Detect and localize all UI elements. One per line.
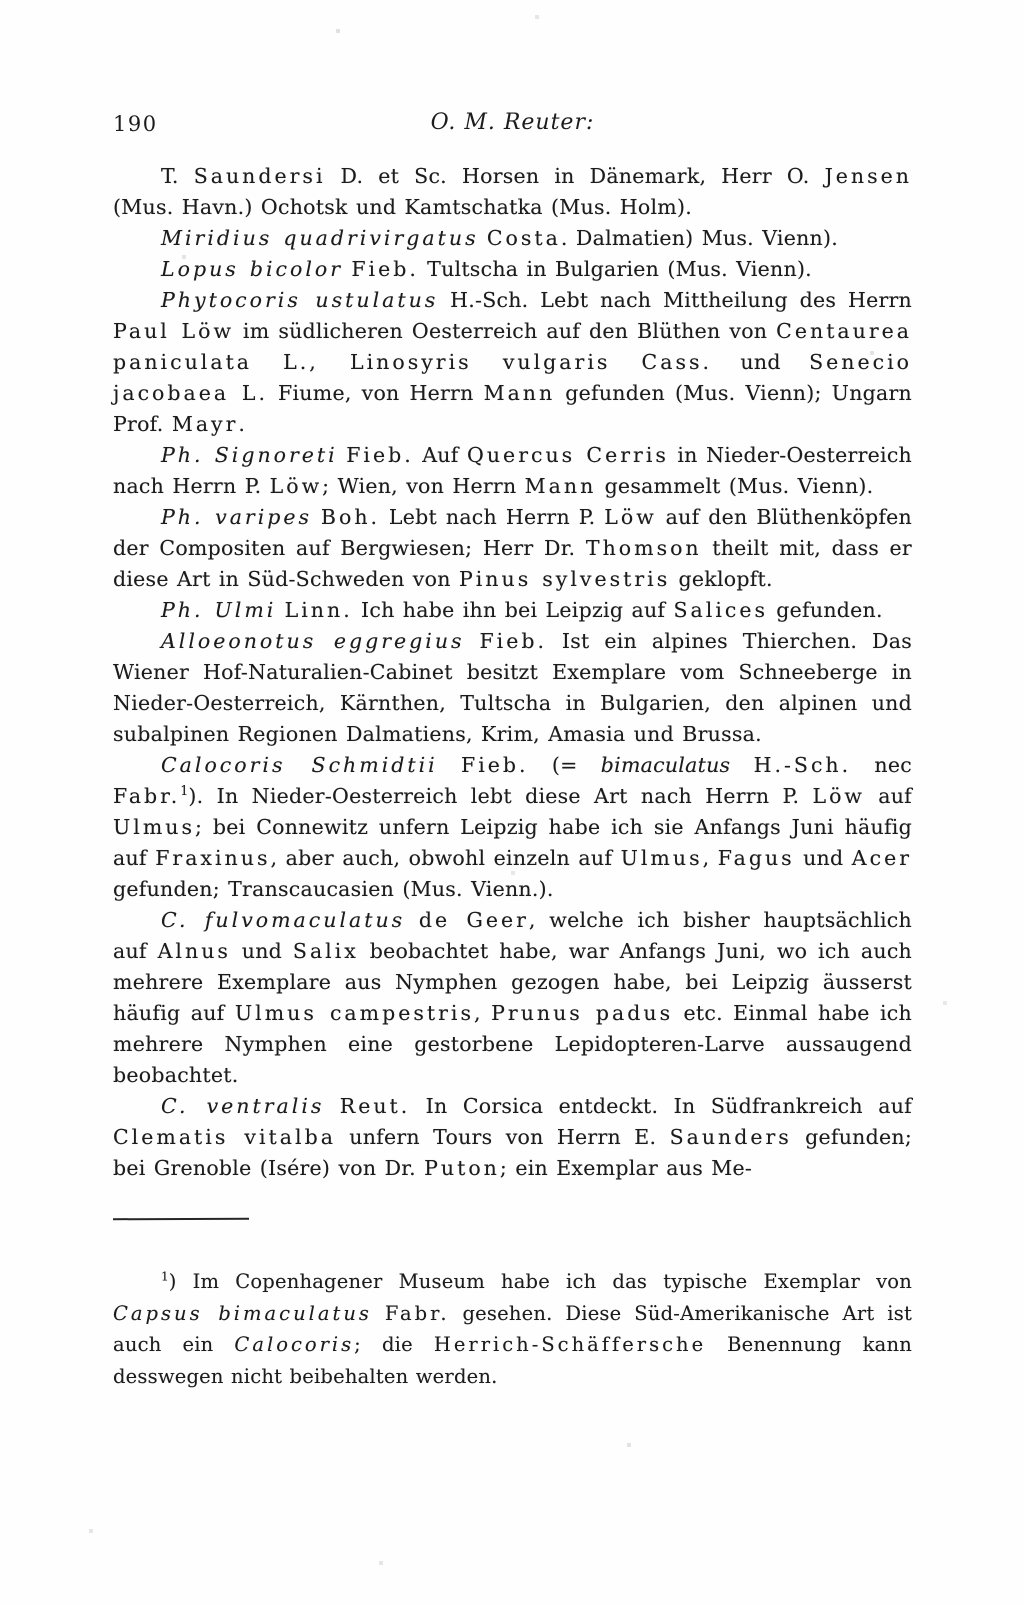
- footnote-paragraph: 1) Im Copenhagener Museum habe ich das t…: [113, 1266, 912, 1392]
- text-run: Clematis vitalba: [113, 1125, 336, 1149]
- text-run: Thomson: [586, 536, 702, 560]
- text-run: Capsus bimaculatus: [113, 1302, 372, 1325]
- text-run: Phytocoris ustulatus: [161, 288, 438, 312]
- text-run: Linn.: [285, 598, 353, 622]
- text-run: Calocoris Schmidtii: [161, 753, 438, 777]
- text-run: Jensen: [825, 164, 912, 188]
- text-run: Herrich-Schäffersche: [434, 1333, 706, 1356]
- text-run: ; die: [354, 1333, 434, 1356]
- text-run: Auf: [414, 443, 467, 467]
- text-run: [324, 1094, 339, 1118]
- text-run: . Dalmatien) Mus. Vienn).: [561, 226, 838, 250]
- body-paragraph: Ph. Ulmi Linn. Ich habe ihn bei Leipzig …: [113, 595, 912, 626]
- text-run: [276, 598, 284, 622]
- text-run: ,: [474, 1001, 491, 1025]
- text-run: Fabr.: [113, 784, 180, 808]
- text-run: Fieb.: [479, 629, 547, 653]
- text-run: C. fulvomaculatus: [161, 908, 405, 932]
- text-run: Acer: [852, 846, 912, 870]
- text-run: Fagus: [718, 846, 795, 870]
- text-run: Ph. varipes: [161, 505, 312, 529]
- text-run: Mann: [525, 474, 597, 498]
- text-run: Miridius quadrivirgatus: [161, 226, 479, 250]
- text-run: gesammelt (Mus. Vienn).: [596, 474, 873, 498]
- text-run: nec: [851, 753, 912, 777]
- text-run: Paul Löw: [113, 319, 234, 343]
- text-run: Ich habe ihn bei Leipzig auf: [353, 598, 674, 622]
- text-run: Calocoris: [234, 1333, 354, 1356]
- text-run: , aber auch, obwohl einzeln auf: [270, 846, 620, 870]
- text-run: auf: [865, 784, 912, 808]
- text-run: Prunus padus: [491, 1001, 673, 1025]
- text-run: Alloeonotus eggregius: [161, 629, 465, 653]
- body-paragraph: Alloeonotus eggregius Fieb. Ist ein alpi…: [113, 626, 912, 750]
- body-paragraph: C. fulvomaculatus de Geer, welche ich bi…: [113, 905, 912, 1091]
- text-run: Pinus sylvestris: [459, 567, 670, 591]
- text-run: Löw: [812, 784, 865, 808]
- text-run: [465, 629, 480, 653]
- text-run: im südlicheren Oesterreich auf den Blüth…: [234, 319, 776, 343]
- text-run: Ph. Signoreti: [161, 443, 338, 467]
- page-header: 190 O. M. Reuter:: [113, 110, 912, 138]
- body-paragraph: Calocoris Schmidtii Fieb. (= bimaculatus…: [113, 750, 912, 905]
- text-run: [338, 443, 346, 467]
- text-run: [438, 753, 461, 777]
- text-run: Fieb.: [346, 443, 414, 467]
- text-run: und: [795, 846, 852, 870]
- body-paragraph: Phytocoris ustulatus H.-Sch. Lebt nach M…: [113, 285, 912, 440]
- text-run: T.: [161, 164, 194, 188]
- text-run: Mayr: [172, 412, 239, 436]
- footnote: 1) Im Copenhagener Museum habe ich das t…: [113, 1266, 912, 1392]
- page-body: T. Saundersi D. et Sc. Horsen in Dänemar…: [113, 161, 912, 1184]
- text-run: Ulmus: [621, 846, 703, 870]
- text-run: ,: [703, 846, 718, 870]
- text-run: gefunden; Transcaucasien (Mus. Vienn.).: [113, 877, 554, 901]
- text-run: ; ein Exemplar aus Me-: [500, 1156, 752, 1180]
- text-run: unfern Tours von Herrn E.: [336, 1125, 670, 1149]
- text-run: Quercus Cerris: [467, 443, 669, 467]
- text-run: Reut.: [340, 1094, 411, 1118]
- text-run: Saundersi: [194, 164, 326, 188]
- text-run: Fieb.: [351, 257, 419, 281]
- text-run: [730, 753, 753, 777]
- text-run: Fiume, von Herrn: [268, 381, 484, 405]
- text-run: Ulmus: [113, 815, 195, 839]
- text-run: ; Wien, von Herrn: [322, 474, 525, 498]
- text-run: Ph. Ulmi: [161, 598, 276, 622]
- text-run: H.-Sch.: [754, 753, 852, 777]
- text-run: ) Im Copenhagener Museum habe ich das ty…: [169, 1270, 912, 1293]
- text-run: Löw: [604, 505, 657, 529]
- text-run: In Corsica entdeckt. In Südfrankreich au…: [410, 1094, 912, 1118]
- text-run: (Mus. Havn.) Ochotsk und Kamtschatka (Mu…: [113, 195, 692, 219]
- text-run: Salices: [674, 598, 769, 622]
- text-run: C. ventralis: [161, 1094, 324, 1118]
- text-run: Lopus bicolor: [161, 257, 343, 281]
- text-run: Lebt nach Herrn P.: [380, 505, 604, 529]
- text-run: H.-Sch. Lebt nach Mittheilung des Herrn: [438, 288, 912, 312]
- text-run: ). In Nieder-Oesterreich lebt diese Art …: [188, 784, 812, 808]
- body-paragraph: Lopus bicolor Fieb. Tultscha in Bulgarie…: [113, 254, 912, 285]
- text-run: Alnus: [158, 939, 231, 963]
- body-paragraph: T. Saundersi D. et Sc. Horsen in Dänemar…: [113, 161, 912, 223]
- body-paragraph: Ph. varipes Boh. Lebt nach Herrn P. Löw …: [113, 502, 912, 595]
- text-run: de Geer: [419, 908, 529, 932]
- text-run: .: [238, 412, 245, 436]
- body-paragraph: Miridius quadrivirgatus Costa. Dalmatien…: [113, 223, 912, 254]
- text-run: Ulmus campestris: [235, 1001, 474, 1025]
- text-run: [405, 908, 419, 932]
- text-run: D. et Sc. Horsen in Dänemark, Herr O.: [326, 164, 825, 188]
- running-title: O. M. Reuter:: [113, 110, 912, 135]
- text-run: Fabr.: [385, 1302, 450, 1325]
- footnote-separator: [113, 1218, 249, 1220]
- text-run: Mann: [484, 381, 556, 405]
- text-run: [372, 1302, 385, 1325]
- text-run: Costa: [487, 226, 561, 250]
- text-run: Saunders: [670, 1125, 792, 1149]
- page-content: T. Saundersi D. et Sc. Horsen in Dänemar…: [113, 161, 912, 1392]
- text-run: Puton: [424, 1156, 500, 1180]
- text-run: Boh.: [321, 505, 380, 529]
- text-run: geklopft.: [670, 567, 773, 591]
- footnote-marker: 1: [161, 1270, 169, 1284]
- text-run: gefunden.: [768, 598, 883, 622]
- text-run: und: [231, 939, 293, 963]
- text-run: Fraxinus: [155, 846, 270, 870]
- scanned-page: 190 O. M. Reuter: T. Saundersi D. et Sc.…: [0, 0, 1024, 1605]
- text-run: (=: [529, 753, 601, 777]
- text-run: Fieb.: [461, 753, 529, 777]
- body-paragraph: C. ventralis Reut. In Corsica entdeckt. …: [113, 1091, 912, 1184]
- text-run: Salix: [293, 939, 359, 963]
- text-run: Tultscha in Bulgarien (Mus. Vienn).: [419, 257, 812, 281]
- text-run: Löw: [270, 474, 323, 498]
- body-paragraph: Ph. Signoreti Fieb. Auf Quercus Cerris i…: [113, 440, 912, 502]
- text-run: [479, 226, 487, 250]
- text-run: bimaculatus: [601, 753, 731, 777]
- text-run: [312, 505, 321, 529]
- scan-noise: [0, 0, 2, 2]
- text-run: und: [712, 350, 809, 374]
